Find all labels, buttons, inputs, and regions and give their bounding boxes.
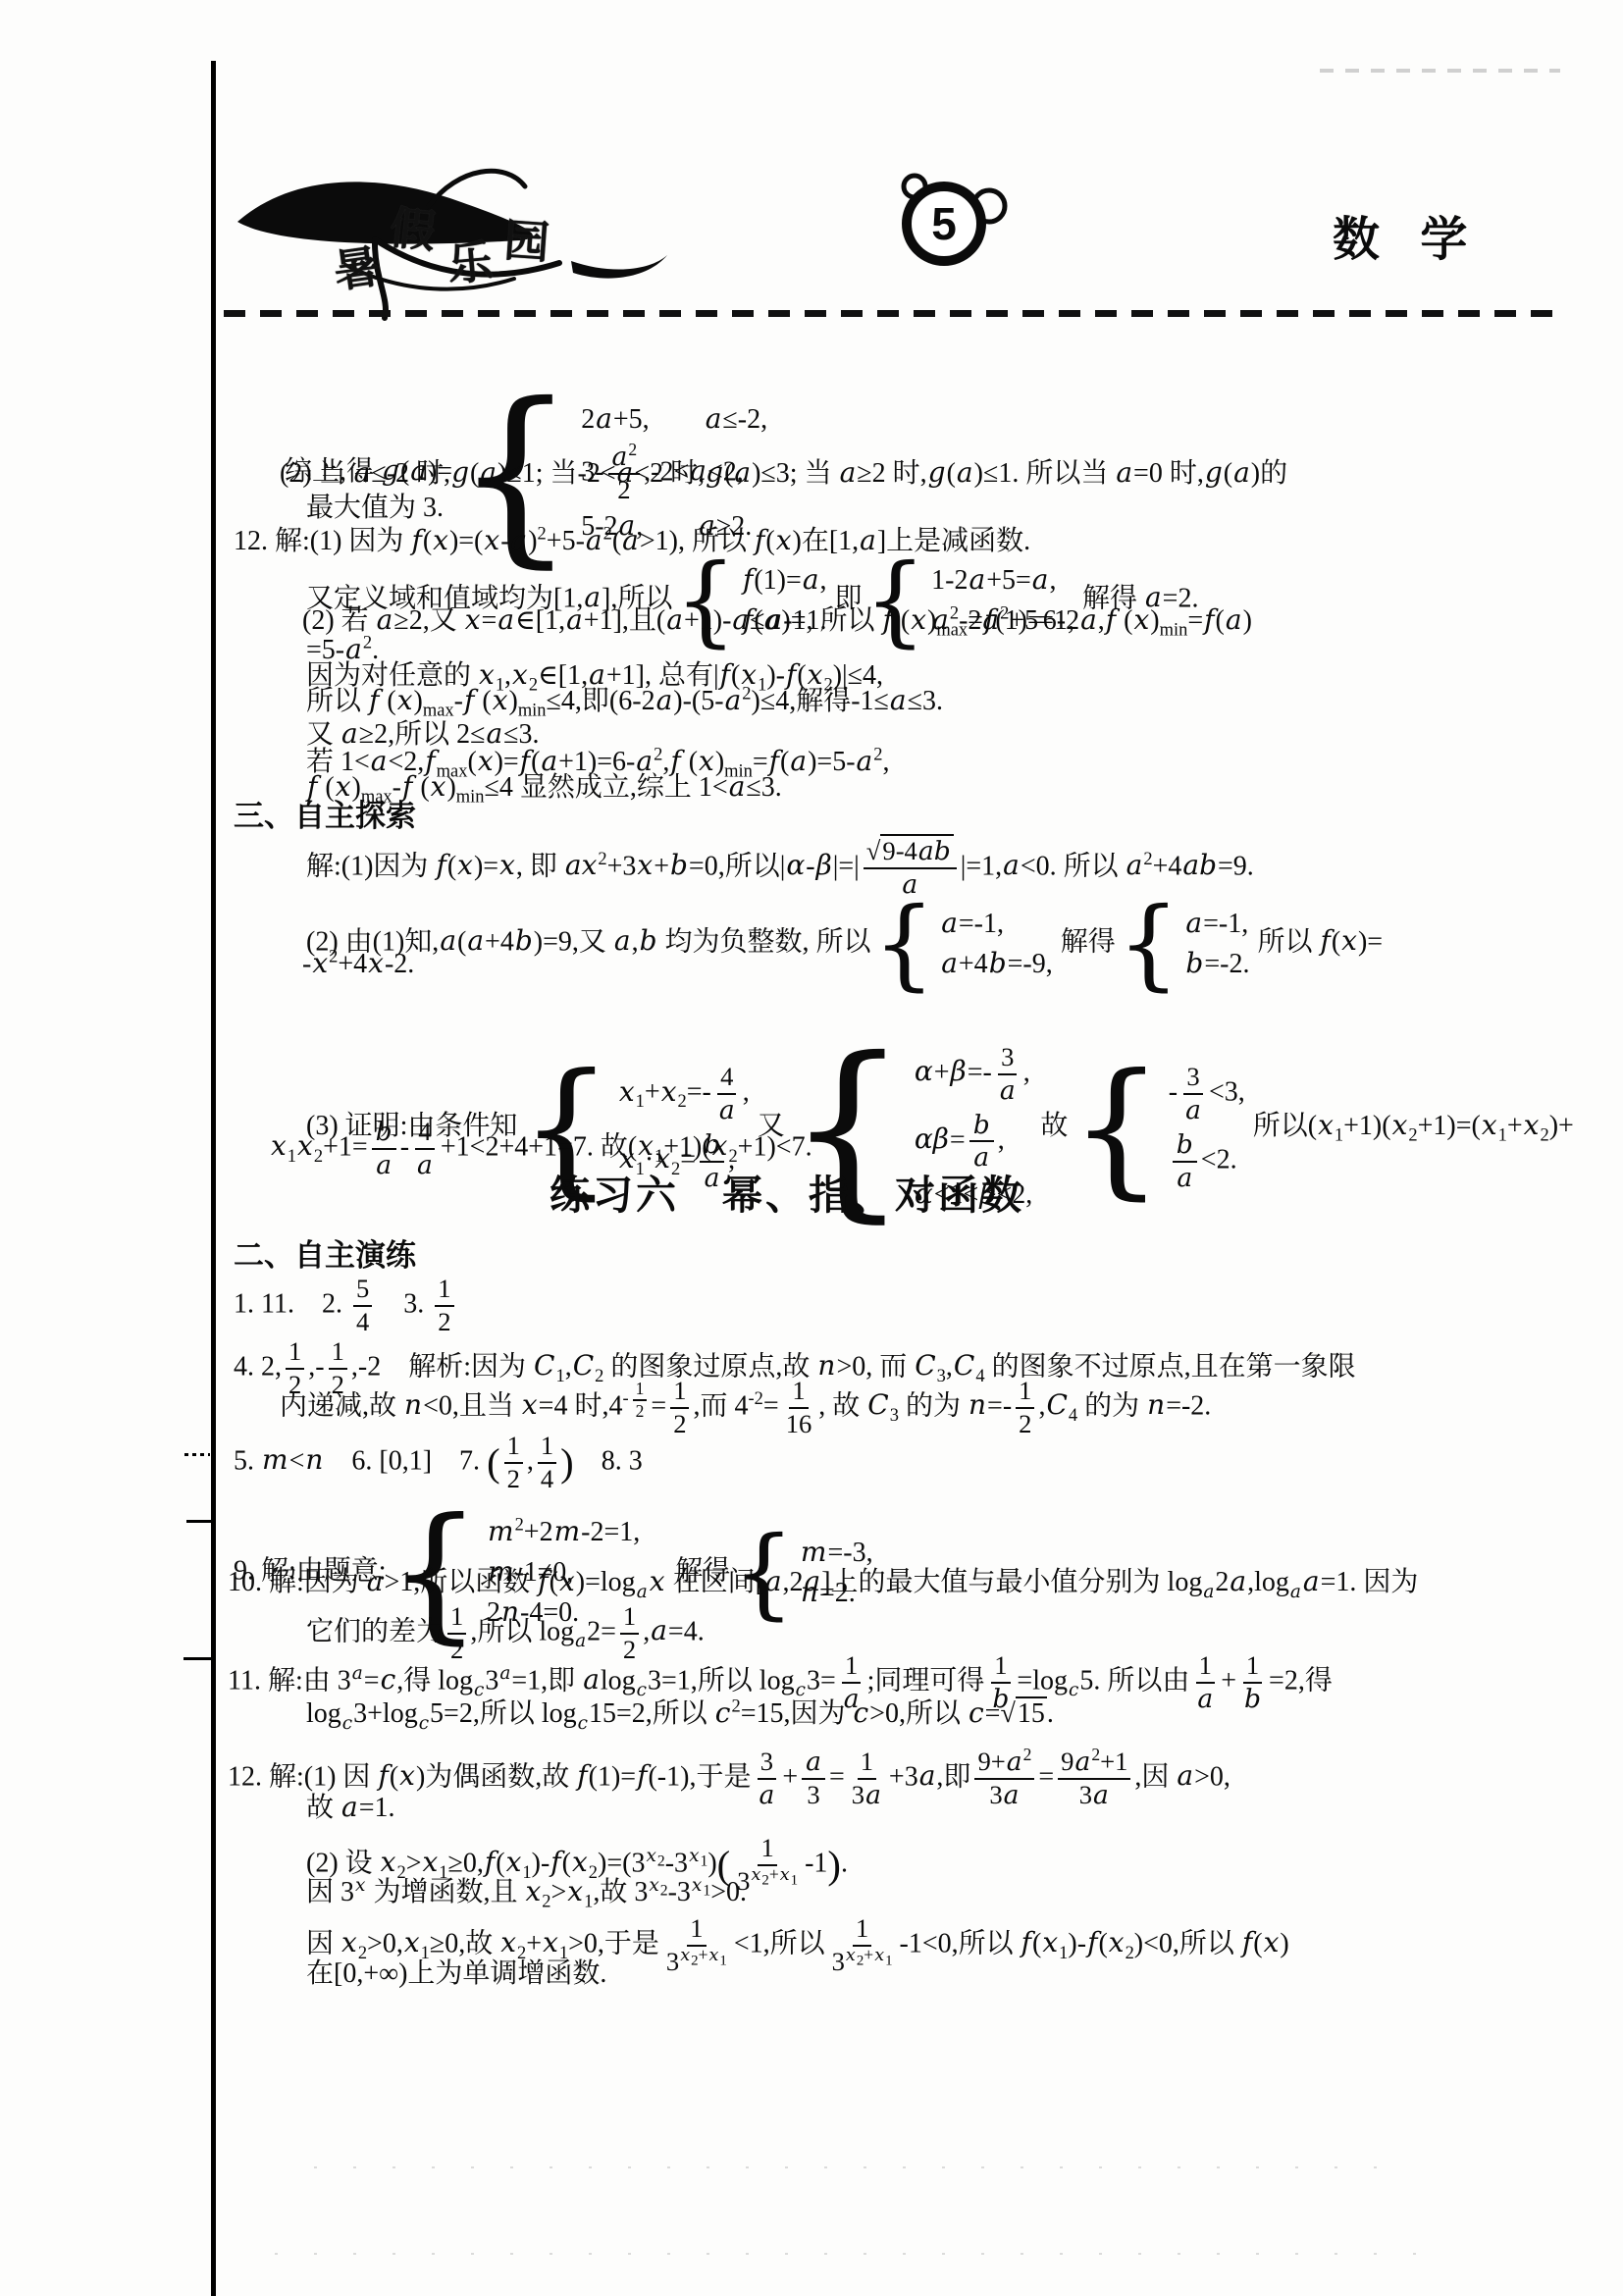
margin-tick — [183, 1657, 211, 1660]
page-number-badge: 5 — [873, 159, 1021, 282]
logo-char: 乐 — [445, 226, 496, 294]
section-heading-drill: 二、自主演练 — [234, 1230, 416, 1275]
solution-line: logc3+logc5=2,所以 logc15=2,所以 c2=15,因为 c>… — [306, 1694, 1054, 1734]
subject-label: 数 学 — [1333, 201, 1481, 269]
solution-line: 故 a=1. — [306, 1788, 395, 1828]
section-heading-explore: 三、自主探索 — [234, 791, 416, 835]
logo-char: 园 — [502, 204, 551, 272]
margin-tick — [184, 1453, 210, 1456]
scan-noise-speckle — [275, 2253, 1452, 2255]
solution-line: 5. m<n 6. [0,1] 7. (12,14) 8. 3 — [234, 1431, 643, 1495]
solution-line: 解:(1)因为 f(x)=x, 即 ax2+3x+b=0,所以|α-β|=|√9… — [306, 836, 1254, 901]
solution-line: 在[0,+∞)上为单调增函数. — [306, 1955, 606, 1994]
solution-line: (2) 若 a≥2,又 x=a∈[1,a+1],且(a+1)-a≤a-1, 所以… — [302, 600, 1252, 641]
solution-line: -x2+4x-2. — [302, 944, 414, 984]
logo-char: 假 — [388, 192, 440, 261]
solution-line: (2) 当 a≤-2 时,g(a)≤1; 当-2<a<2 时,g(a)≤3; 当… — [280, 453, 1287, 494]
practice-title: 练习六 幂、指、对函数 — [0, 1163, 1574, 1221]
scanned-workbook-page: { "page": { "logo_chars": ["暑", "假", "乐"… — [0, 0, 1623, 2296]
header-dashed-rule — [224, 310, 1564, 317]
margin-tick — [186, 1520, 211, 1523]
solution-line: (2) 由(1)知,a(a+4b)=9,又 a,b 均为负整数, 所以a=-1,… — [306, 895, 1383, 993]
solution-line: 10. 解:因为 a>1,所以函数 f(x)=logax 在区间[a,2a]上的… — [228, 1562, 1418, 1602]
scan-noise-speckle — [314, 2166, 1393, 2168]
scan-noise-dash — [1320, 69, 1560, 73]
page-number: 5 — [931, 198, 957, 249]
solution-line: 因 3x 为增函数,且 x2>x1,故 3x2-3x1>0. — [306, 1872, 747, 1912]
logo-char: 暑 — [330, 231, 384, 301]
solution-line: 1. 11. 2. 54 3. 12 — [234, 1274, 458, 1338]
